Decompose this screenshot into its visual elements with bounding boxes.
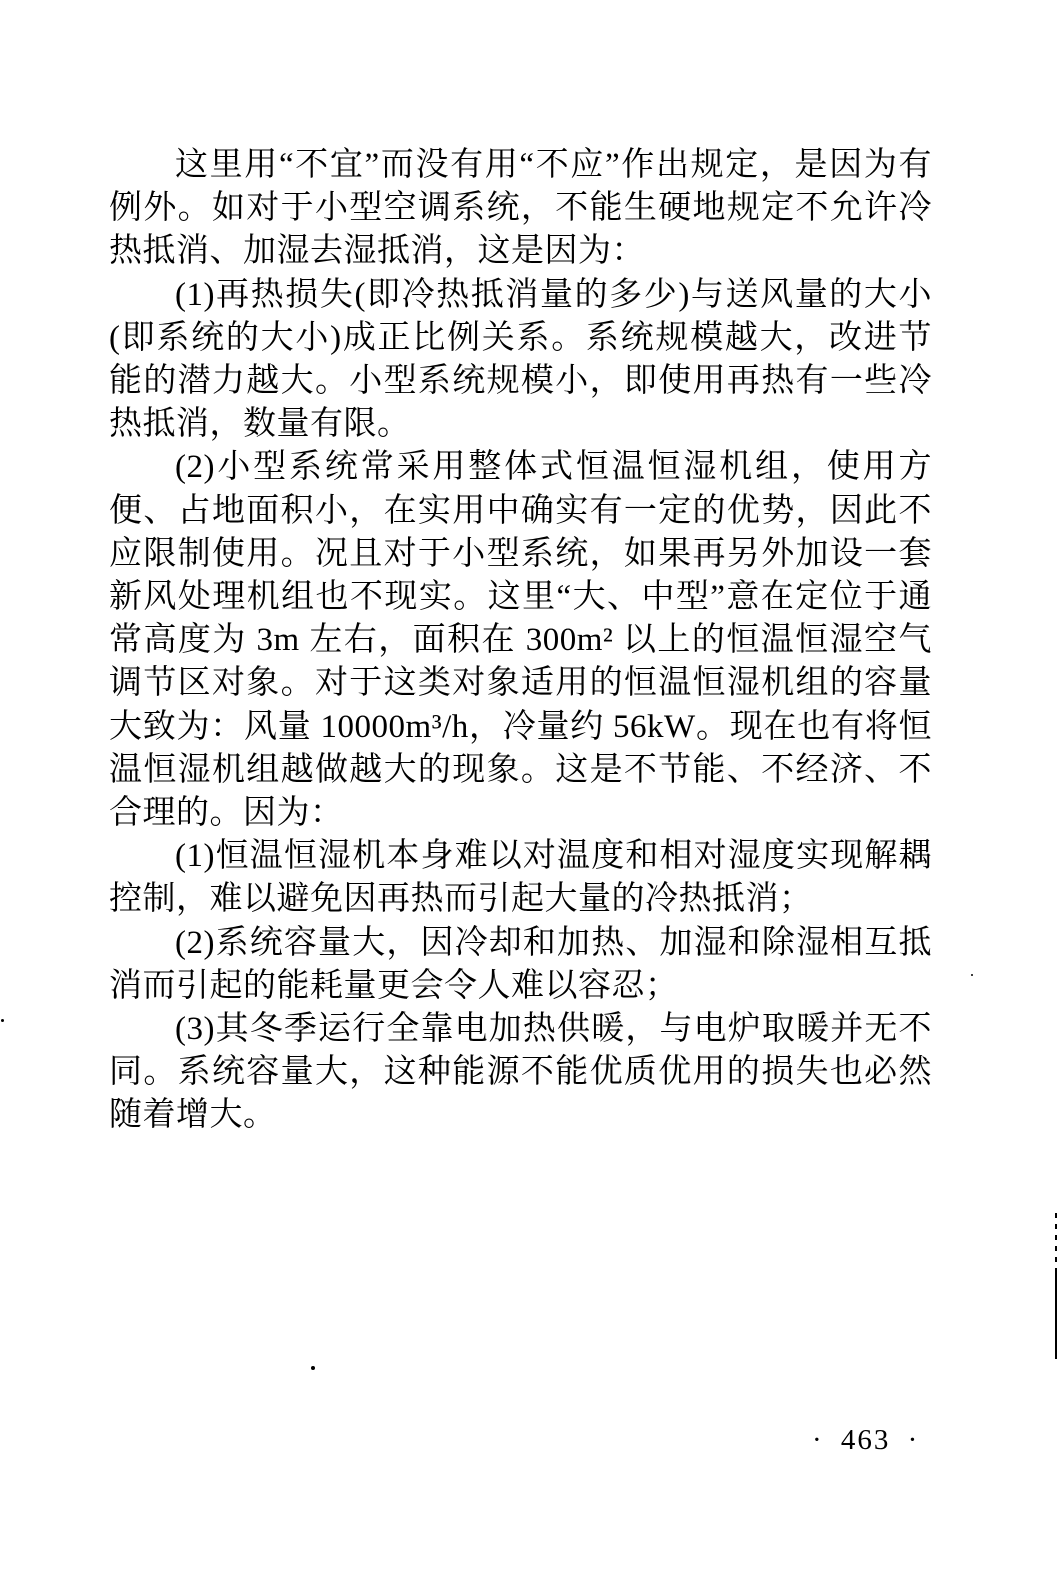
scanned-book-page: 这里用“不宜”而没有用“不应”作出规定，是因为有例外。如对于小型空调系统，不能生… [0,0,1058,1586]
scan-speckle [311,1366,315,1370]
page-number: · 463 · [812,1424,919,1457]
scan-edge-line-artifact-dashed [1055,1213,1057,1268]
scan-speckle [1,1019,4,1022]
paragraph-reason-3: (3)其冬季运行全靠电加热供暖，与电炉取暖并无不同。系统容量大，这种能源不能优质… [109,1008,932,1138]
paragraph-item-2: (2)小型系统常采用整体式恒温恒湿机组，使用方便、占地面积小，在实用中确实有一定… [109,446,932,835]
paragraph-reason-1: (1)恒温恒湿机本身难以对温度和相对湿度实现解耦控制，难以避免因再热而引起大量的… [109,835,932,921]
paragraph-item-1: (1)再热损失(即冷热抵消量的多少)与送风量的大小(即系统的大小)成正比例关系。… [109,274,932,447]
scan-speckle [971,974,973,976]
paragraph-intro: 这里用“不宜”而没有用“不应”作出规定，是因为有例外。如对于小型空调系统，不能生… [109,144,932,274]
body-text: 这里用“不宜”而没有用“不应”作出规定，是因为有例外。如对于小型空调系统，不能生… [109,144,932,1138]
scan-edge-line-artifact-solid [1055,1268,1057,1359]
paragraph-reason-2: (2)系统容量大，因冷却和加热、加湿和除湿相互抵消而引起的能耗量更会令人难以容忍… [109,922,932,1008]
